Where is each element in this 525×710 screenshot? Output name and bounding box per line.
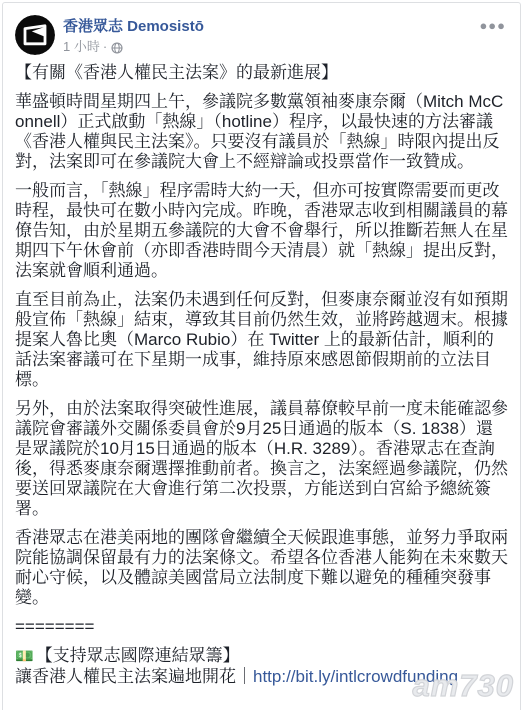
- header-text: 香港眾志 Demosistō 1 小時 ·: [63, 15, 204, 55]
- money-banknote-emoji-icon: 💵: [15, 648, 34, 665]
- post-paragraph: 另外，由於法案取得突破性進展，議員幕僚較早前一度未能確認參議院會審議外交關係委員…: [15, 399, 508, 519]
- post-body: 【有關《香港人權民主法案》的最新進展】 華盛頓時間星期四上午，參議院多數黨領袖麥…: [3, 61, 520, 687]
- screenshot-viewport: 香港眾志 Demosistō 1 小時 · ●●● 【有關《香港人權民主法案》: [0, 0, 525, 710]
- timestamp[interactable]: 1 小時: [63, 38, 100, 55]
- crowdfund-link[interactable]: http://bit.ly/intlcrowdfunding: [253, 667, 458, 686]
- post-paragraph: 直至目前為止，法案仍未遇到任何反對，但麥康奈爾並沒有如預期般宣佈「熱線」結束，導…: [15, 290, 508, 390]
- crowdfund-tagline: 讓香港人權民主法案遍地開花｜: [15, 667, 253, 686]
- crowdfund-heading: 【支持眾志國際連結眾籌】: [36, 646, 240, 665]
- facebook-post-card: 香港眾志 Demosistō 1 小時 · ●●● 【有關《香港人權民主法案》: [2, 2, 521, 710]
- post-meta: 1 小時 ·: [63, 38, 204, 55]
- more-options-button[interactable]: ●●●: [479, 19, 506, 32]
- globe-public-icon: [111, 41, 123, 53]
- demosisto-logo-icon: [15, 15, 55, 55]
- post-paragraph: 華盛頓時間星期四上午，參議院多數黨領袖麥康奈爾（Mitch McConnell）…: [15, 92, 508, 172]
- crowdfund-section: 💵【支持眾志國際連結眾籌】讓香港人權民主法案遍地開花｜http://bit.ly…: [15, 646, 508, 687]
- post-title: 【有關《香港人權民主法案》的最新進展】: [15, 63, 508, 83]
- post-paragraph: 一般而言，「熱線」程序需時大約一天，但亦可按實際需要而更改時程，最快可在數小時內…: [15, 181, 508, 281]
- post-header: 香港眾志 Demosistō 1 小時 · ●●●: [3, 3, 520, 61]
- avatar[interactable]: [15, 15, 55, 55]
- page-name-link[interactable]: 香港眾志 Demosistō: [63, 17, 204, 36]
- meta-separator: ·: [103, 38, 107, 55]
- post-paragraph: 香港眾志在港美兩地的團隊會繼續全天候跟進事態，並努力爭取兩院能協調保留最有力的法…: [15, 528, 508, 608]
- post-divider: ========: [15, 617, 508, 637]
